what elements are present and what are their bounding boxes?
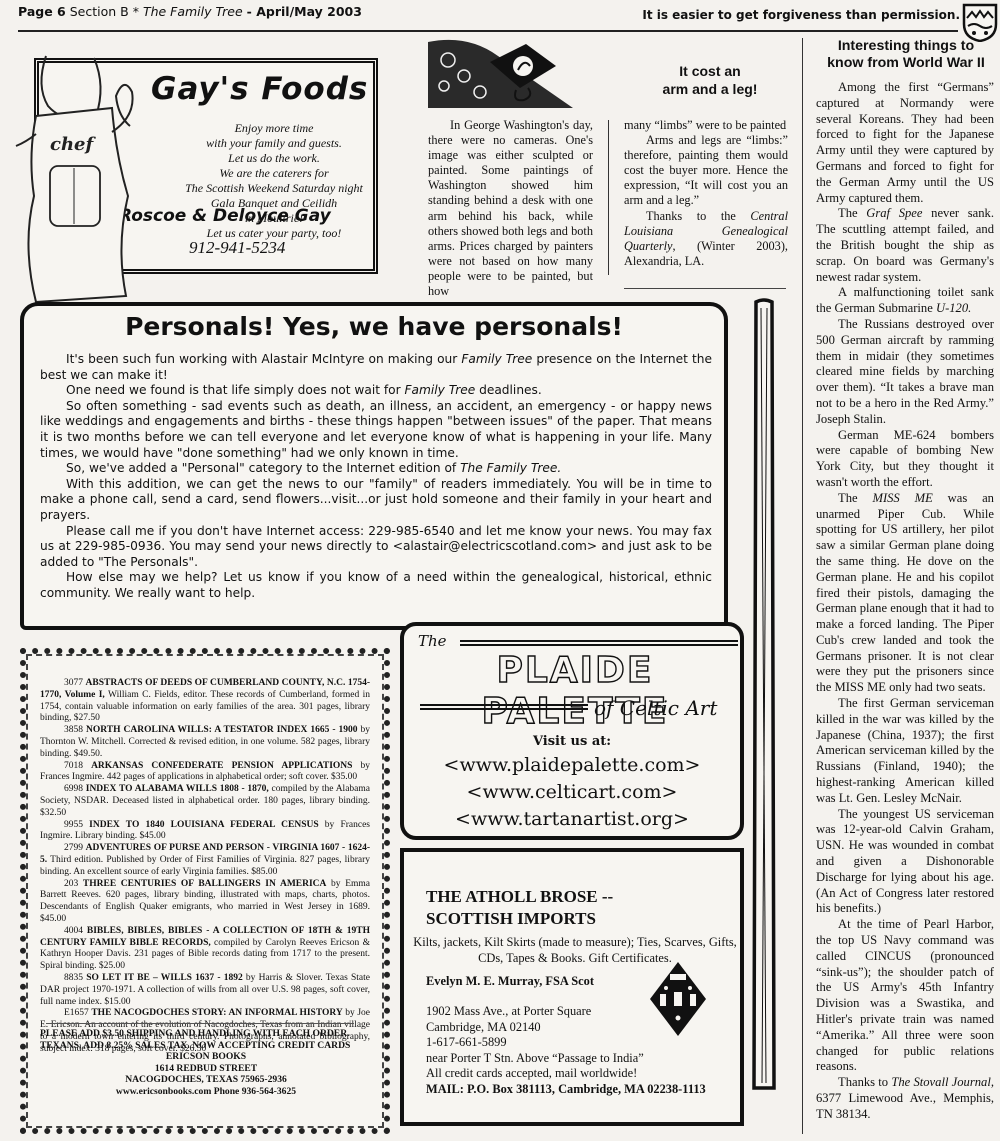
ad-prefix: The (418, 632, 447, 650)
ad-line: The Scottish Weekend Saturday night (169, 181, 379, 196)
crest-icon (962, 2, 998, 42)
article-paragraph: Arms and legs are “limbs:” therefore, pa… (624, 133, 788, 208)
double-rule (460, 640, 738, 646)
plaide-palette-ad: The PLAIDE PALETTE of Celtic Art Visit u… (400, 622, 744, 840)
ad-owners: Roscoe & Deloyce Gay (119, 206, 331, 226)
article-end-rule (624, 288, 786, 289)
address-line: All credit cards accepted, mail worldwid… (426, 1066, 706, 1082)
issue-date: - April/May 2003 (247, 4, 362, 19)
business-address: 1614 REDBUD STREET (40, 1063, 372, 1075)
book-item: 6998 INDEX TO ALABAMA WILLS 1808 - 1870,… (40, 784, 370, 819)
website-link[interactable]: <www.tartanartist.org> (404, 806, 740, 833)
wwii-paragraph: The first German serviceman killed in th… (816, 696, 994, 807)
ad-phone: 912-941-5234 (189, 238, 285, 258)
personals-title: Personals! Yes, we have personals! (24, 312, 724, 341)
article-column-2: many “limbs” were to be painted Arms and… (624, 118, 788, 269)
decorative-pole (752, 298, 776, 1098)
article-paragraph: In George Washington's day, there were n… (428, 118, 593, 299)
ordering-info: PLEASE ADD $3.50 SHIPPING AND HANDLING W… (40, 1028, 372, 1098)
personals-paragraph: So often something - sad events such as … (40, 399, 712, 461)
book-item: 7018 ARKANSAS CONFEDERATE PENSION APPLIC… (40, 761, 370, 785)
page-header: Page 6 Section B * The Family Tree - Apr… (18, 4, 362, 19)
article-paragraph: many “limbs” were to be painted (624, 118, 788, 133)
title-line: SCOTTISH IMPORTS (426, 908, 613, 930)
wwii-title: Interesting things to know from World Wa… (812, 38, 1000, 72)
page-number: Page 6 (18, 4, 66, 19)
personals-paragraph: How else may we help? Let us know if you… (40, 570, 712, 601)
personals-paragraph: So, we've added a "Personal" category to… (40, 461, 712, 477)
wwii-paragraph: The Graf Spee never sank. The scuttling … (816, 206, 994, 285)
ad-subtitle: of Celtic Art (594, 696, 717, 720)
business-city: NACOGDOCHES, TEXAS 75965-2936 (40, 1074, 372, 1086)
phone-line: 1-617-661-5899 (426, 1035, 706, 1051)
wwii-paragraph: A malfunctioning toilet sank the German … (816, 285, 994, 317)
article-credit: Thanks to the Central Louisiana Genealog… (624, 209, 788, 269)
diamond-logo-icon (650, 962, 706, 1036)
article-column-1: In George Washington's day, there were n… (428, 118, 593, 299)
personals-paragraph: One need we found is that life simply do… (40, 383, 712, 399)
ad-line: Let us do the work. (169, 151, 379, 166)
address-line: near Porter T Stn. Above “Passage to Ind… (426, 1051, 706, 1067)
ad-line: with your family and guests. (169, 136, 379, 151)
title-line: It cost an (640, 62, 780, 80)
ad-title: Gay's Foods (151, 71, 368, 107)
url-list: <www.plaidepalette.com> <www.celticart.c… (404, 752, 740, 833)
ad-line: We are the caterers for (169, 166, 379, 181)
publication-name: The Family Tree (143, 4, 243, 19)
wwii-paragraph: German ME-624 bombers were capable of bo… (816, 428, 994, 491)
title-line: Interesting things to (812, 38, 1000, 55)
ad-line: Enjoy more time (169, 121, 379, 136)
wwii-paragraph: Among the first “Germans” captured at No… (816, 80, 994, 206)
wwii-paragraph: The Russians destroyed over 500 German a… (816, 317, 994, 428)
personals-body: It's been such fun working with Alastair… (40, 352, 712, 602)
ad-title: THE ATHOLL BROSE -- SCOTTISH IMPORTS (426, 886, 613, 930)
column-divider (608, 120, 609, 275)
book-item: 3077 ABSTRACTS OF DEEDS OF CUMBERLAND CO… (40, 678, 370, 725)
website-link[interactable]: <www.celticart.com> (404, 779, 740, 806)
personals-paragraph: With this addition, we can get the news … (40, 477, 712, 524)
article-title: It cost an arm and a leg! (640, 62, 780, 98)
book-list-rule (46, 1023, 354, 1024)
book-item: 4004 BIBLES, BIBLES, BIBLES - A COLLECTI… (40, 926, 370, 973)
header-motto: It is easier to get forgiveness than per… (642, 8, 960, 22)
column-rule (802, 38, 803, 1134)
svg-text:chef: chef (50, 134, 96, 155)
wwii-paragraph: At the time of Pearl Harbor, the top US … (816, 917, 994, 1075)
contact-name: Evelyn M. E. Murray, FSA Scot (426, 974, 594, 989)
visit-label: Visit us at: (404, 734, 740, 749)
mail-address: MAIL: P.O. Box 381113, Cambridge, MA 022… (426, 1082, 706, 1098)
wwii-credit: Thanks to The Stovall Journal, 6377 Lime… (816, 1075, 994, 1122)
double-rule (420, 704, 588, 710)
book-item: 3858 NORTH CAROLINA WILLS: A TESTATOR IN… (40, 725, 370, 760)
personals-paragraph: Please call me if you don't have Interne… (40, 524, 712, 571)
website-link[interactable]: <www.plaidepalette.com> (404, 752, 740, 779)
atholl-brose-ad: THE ATHOLL BROSE -- SCOTTISH IMPORTS Kil… (400, 848, 744, 1126)
section-label: Section B * (70, 4, 139, 19)
business-name: ERICSON BOOKS (40, 1051, 372, 1063)
book-item: 203 THREE CENTURIES OF BALLINGERS IN AME… (40, 879, 370, 926)
order-line: TEXANS, ADD 8.25% SALES TAX. NOW ACCEPTI… (40, 1040, 372, 1052)
wwii-paragraph: The youngest US serviceman was 12-year-o… (816, 807, 994, 918)
wwii-column: Among the first “Germans” captured at No… (816, 80, 994, 1123)
personals-box: Personals! Yes, we have personals! It's … (20, 302, 728, 630)
order-line: PLEASE ADD $3.50 SHIPPING AND HANDLING W… (40, 1028, 372, 1040)
personals-paragraph: It's been such fun working with Alastair… (40, 352, 712, 383)
decorative-illustration (428, 36, 573, 108)
business-web-phone: www.ericsonbooks.com Phone 936-564-3625 (40, 1086, 372, 1098)
book-list: 3077 ABSTRACTS OF DEEDS OF CUMBERLAND CO… (40, 678, 370, 1056)
header-rule (18, 30, 958, 32)
chef-apron-icon: chef (6, 46, 146, 306)
wwii-paragraph: The MISS ME was an unarmed Piper Cub. Wh… (816, 491, 994, 696)
title-line: know from World War II (812, 55, 1000, 72)
book-item: 9955 INDEX TO 1840 LOUISIANA FEDERAL CEN… (40, 820, 370, 844)
book-item: 8835 SO LET IT BE – WILLS 1637 - 1892 by… (40, 973, 370, 1008)
title-line: arm and a leg! (640, 80, 780, 98)
book-item: 2799 ADVENTURES OF PURSE AND PERSON - VI… (40, 843, 370, 878)
title-line: THE ATHOLL BROSE -- (426, 886, 613, 908)
